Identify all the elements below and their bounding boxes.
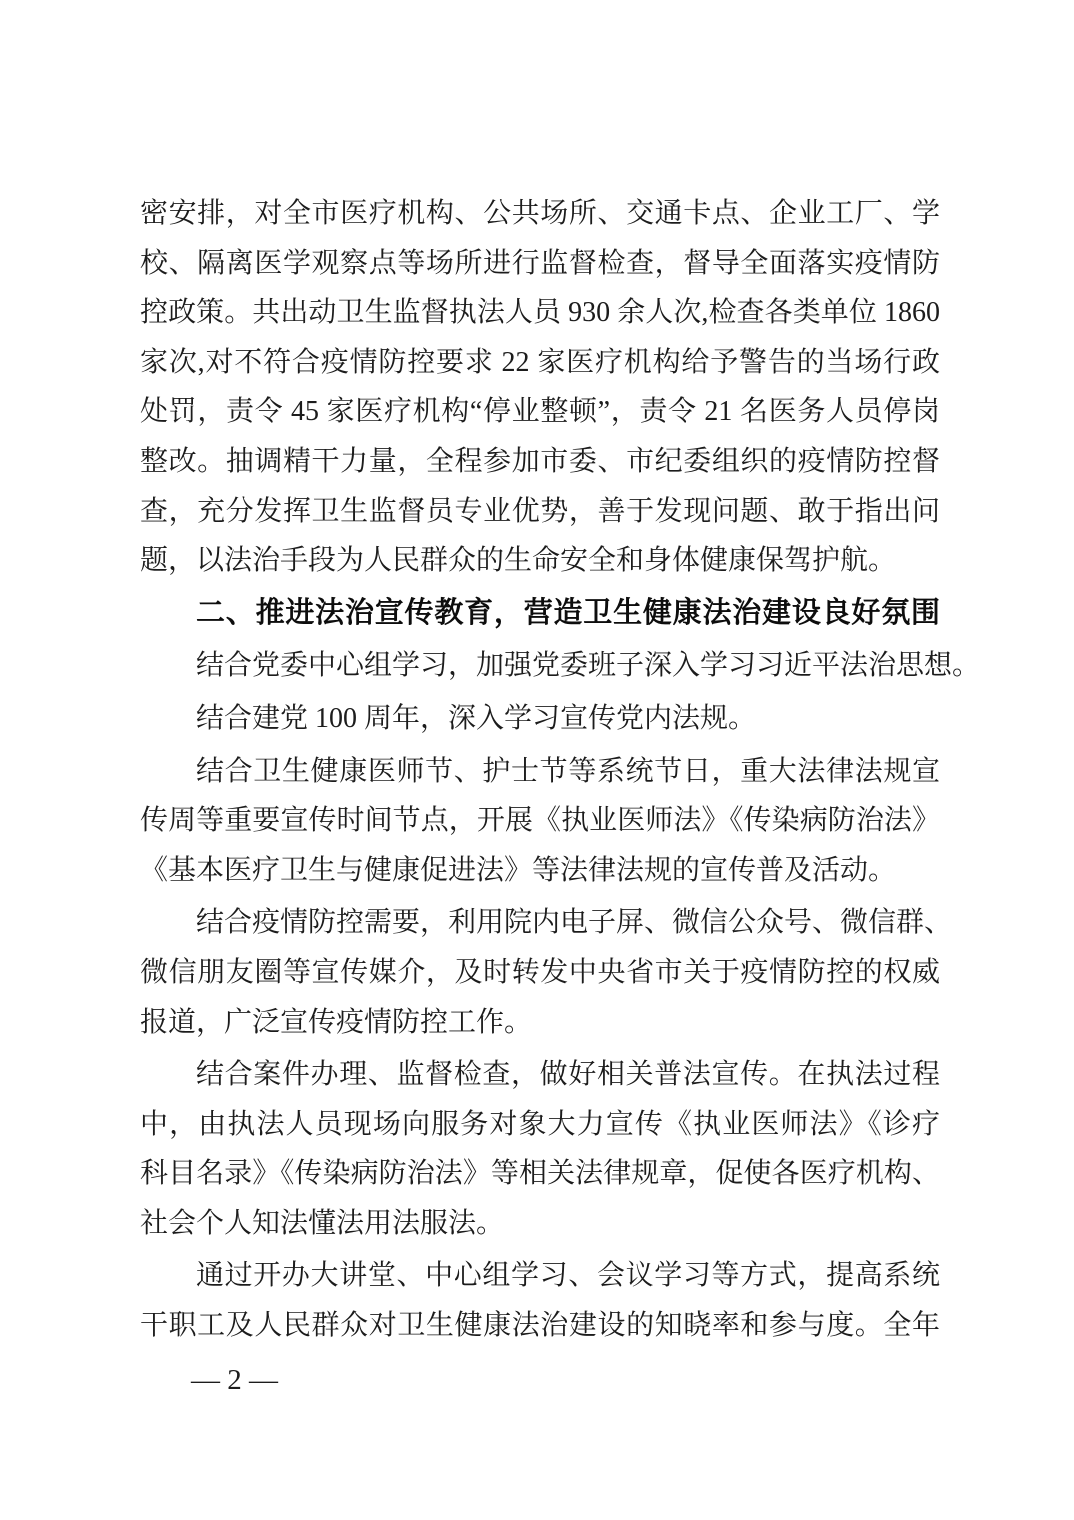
- paragraph: 通过开办大讲堂、中心组学习、会议学习等方式，提高系统干职工及人民群众对卫生健康法…: [140, 1251, 940, 1350]
- document-body: 密安排，对全市医疗机构、公共场所、交通卡点、企业工厂、学校、隔离医学观察点等场所…: [140, 189, 940, 1354]
- page-number: — 2 —: [191, 1360, 278, 1400]
- text-line: 整改。抽调精干力量，全程参加市委、市纪委组织的疫情防控督: [140, 437, 940, 487]
- paragraph: 结合党委中心组学习，加强党委班子深入学习习近平法治思想。: [140, 641, 940, 691]
- text-line: 结合疫情防控需要，利用院内电子屏、微信公众号、微信群、: [140, 898, 940, 948]
- text-line: 控政策。共出动卫生监督执法人员 930 余人次,检查各类单位 1860: [140, 288, 940, 338]
- text-line: 科目名录》《传染病防治法》等相关法律规章，促使各医疗机构、: [140, 1149, 940, 1199]
- text-line: 《基本医疗卫生与健康促进法》等法律法规的宣传普及活动。: [140, 846, 940, 896]
- text-line: 密安排，对全市医疗机构、公共场所、交通卡点、企业工厂、学: [140, 189, 940, 239]
- text-line: 微信朋友圈等宣传媒介，及时转发中央省市关于疫情防控的权威: [140, 948, 940, 998]
- text-line: 结合卫生健康医师节、护士节等系统节日，重大法律法规宣: [140, 747, 940, 797]
- text-line: 中，由执法人员现场向服务对象大力宣传《执业医师法》《诊疗: [140, 1100, 940, 1150]
- text-line: 结合党委中心组学习，加强党委班子深入学习习近平法治思想。: [140, 641, 940, 691]
- text-line: 结合建党 100 周年，深入学习宣传党内法规。: [140, 694, 940, 744]
- text-line: 校、隔离医学观察点等场所进行监督检查，督导全面落实疫情防: [140, 239, 940, 289]
- paragraph: 结合案件办理、监督检查，做好相关普法宣传。在执法过程中，由执法人员现场向服务对象…: [140, 1050, 940, 1248]
- text-line: 家次,对不符合疫情防控要求 22 家医疗机构给予警告的当场行政: [140, 338, 940, 388]
- paragraph: 结合建党 100 周年，深入学习宣传党内法规。: [140, 694, 940, 744]
- text-line: 干职工及人民群众对卫生健康法治建设的知晓率和参与度。全年: [140, 1301, 940, 1351]
- text-line: 传周等重要宣传时间节点，开展《执业医师法》《传染病防治法》: [140, 796, 940, 846]
- text-line: 报道，广泛宣传疫情防控工作。: [140, 998, 940, 1048]
- section-heading: 二、推进法治宣传教育，营造卫生健康法治建设良好氛围: [140, 589, 940, 639]
- document-page: 密安排，对全市医疗机构、公共场所、交通卡点、企业工厂、学校、隔离医学观察点等场所…: [0, 0, 1074, 1520]
- text-line: 查，充分发挥卫生监督员专业优势，善于发现问题、敢于指出问: [140, 487, 940, 537]
- paragraph: 密安排，对全市医疗机构、公共场所、交通卡点、企业工厂、学校、隔离医学观察点等场所…: [140, 189, 940, 586]
- text-line: 结合案件办理、监督检查，做好相关普法宣传。在执法过程: [140, 1050, 940, 1100]
- text-line: 社会个人知法懂法用法服法。: [140, 1199, 940, 1249]
- text-line: 处罚，责令 45 家医疗机构“停业整顿”，责令 21 名医务人员停岗: [140, 387, 940, 437]
- text-line: 二、推进法治宣传教育，营造卫生健康法治建设良好氛围: [140, 589, 940, 639]
- paragraph: 结合卫生健康医师节、护士节等系统节日，重大法律法规宣传周等重要宣传时间节点，开展…: [140, 747, 940, 896]
- text-line: 题，以法治手段为人民群众的生命安全和身体健康保驾护航。: [140, 536, 940, 586]
- paragraph: 结合疫情防控需要，利用院内电子屏、微信公众号、微信群、微信朋友圈等宣传媒介，及时…: [140, 898, 940, 1047]
- text-line: 通过开办大讲堂、中心组学习、会议学习等方式，提高系统: [140, 1251, 940, 1301]
